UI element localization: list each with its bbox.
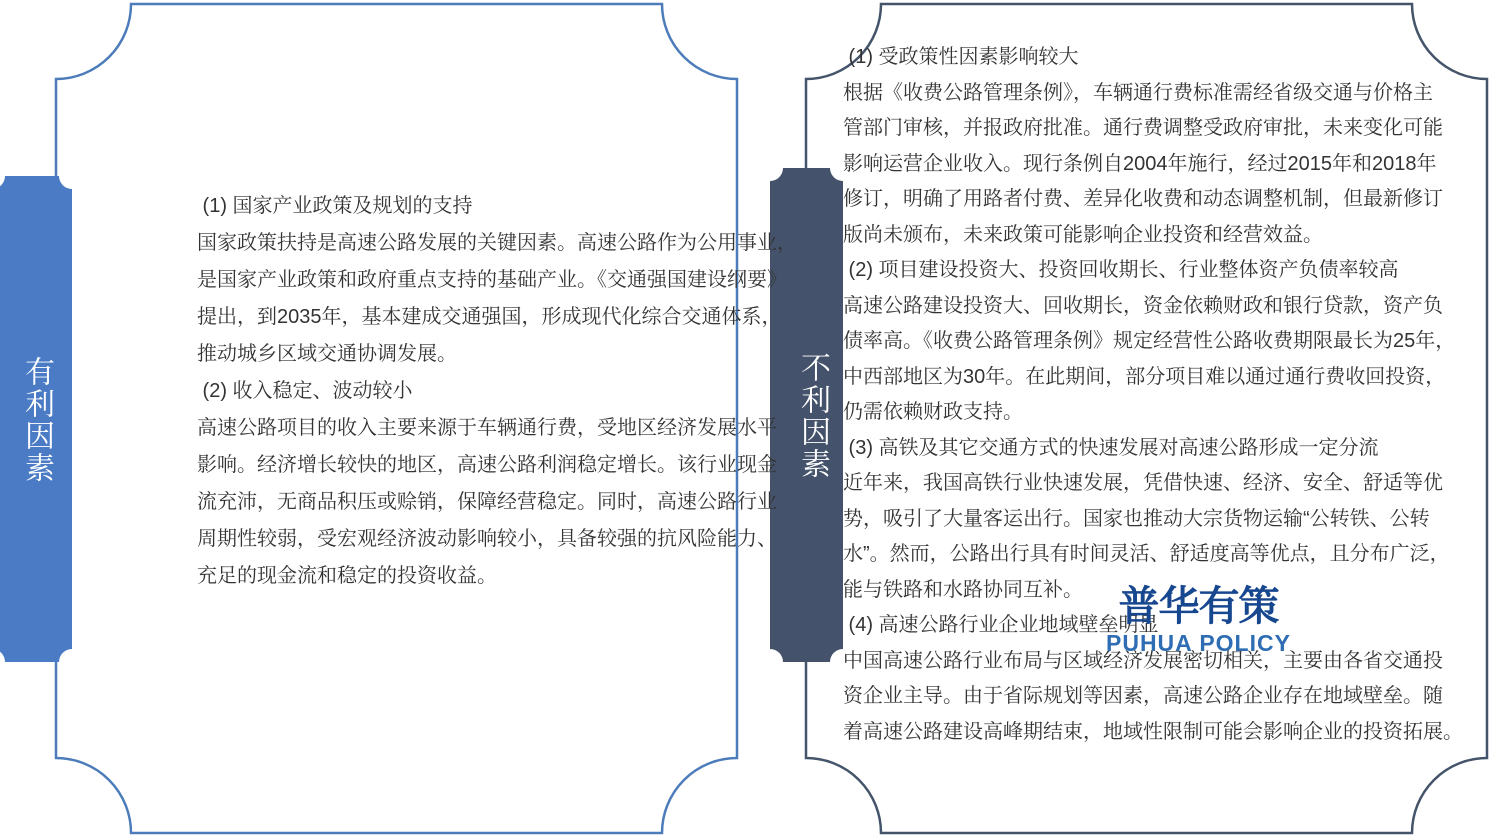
text-line: (2) 收入稳定、波动较小 — [197, 373, 742, 410]
logo-english-wordmark: PUHUA POLICY — [1106, 632, 1291, 655]
favorable-factors-tab-label: 有利因素 — [14, 356, 58, 484]
text-line: 资企业主导。由于省际规划等因素，高速公路企业存在地域壁垒。随 — [843, 679, 1491, 715]
text-line: 高速公路建设投资大、回收期长，资金依赖财政和银行贷款，资产负 — [843, 289, 1491, 325]
text-line: 势，吸引了大量客运出行。国家也推动大宗货物运输“公转铁、公转 — [843, 502, 1491, 538]
text-line: (1) 受政策性因素影响较大 — [843, 40, 1491, 76]
text-line: 高速公路项目的收入主要来源于车辆通行费，受地区经济发展水平 — [197, 410, 742, 447]
text-line: 流充沛，无商品积压或赊销，保障经营稳定。同时，高速公路行业 — [197, 484, 742, 521]
text-line: 影响运营企业收入。现行条例自2004年施行，经过2015年和2018年 — [843, 147, 1491, 183]
text-line: 推动城乡区域交通协调发展。 — [197, 336, 742, 373]
text-line: (3) 高铁及其它交通方式的快速发展对高速公路形成一定分流 — [843, 431, 1491, 467]
text-line: 仍需依赖财政支持。 — [843, 395, 1491, 431]
text-line: 债率高。《收费公路管理条例》规定经营性公路收费期限最长为25年， — [843, 324, 1491, 360]
text-line: 提出，到2035年，基本建成交通强国，形成现代化综合交通体系， — [197, 299, 742, 336]
infographic-page: { "left_panel": { "tab_label": "有利因素", "… — [0, 0, 1500, 837]
logo-chinese-wordmark: 普华有策 — [1106, 586, 1291, 627]
text-line: 水”。然而，公路出行具有时间灵活、舒适度高等优点，且分布广泛， — [843, 537, 1491, 573]
text-line: (1) 国家产业政策及规划的支持 — [197, 188, 742, 225]
text-line: 管部门审核，并报政府批准。通行费调整受政府审批，未来变化可能 — [843, 111, 1491, 147]
text-line: 根据《收费公路管理条例》，车辆通行费标准需经省级交通与价格主 — [843, 76, 1491, 112]
text-line: 着高速公路建设高峰期结束，地域性限制可能会影响企业的投资拓展。 — [843, 715, 1491, 751]
text-line: 国家政策扶持是高速公路发展的关键因素。高速公路作为公用事业， — [197, 225, 742, 262]
text-line: 周期性较弱，受宏观经济波动影响较小，具备较强的抗风险能力、 — [197, 521, 742, 558]
unfavorable-factors-tab-label: 不利因素 — [790, 352, 834, 480]
puhua-policy-logo: 普华有策 PUHUA POLICY — [1106, 586, 1291, 655]
text-line: 修订，明确了用路者付费、差异化收费和动态调整机制，但最新修订 — [843, 182, 1491, 218]
text-line: 版尚未颁布，未来政策可能影响企业投资和经营效益。 — [843, 218, 1491, 254]
text-line: 充足的现金流和稳定的投资收益。 — [197, 558, 742, 595]
text-line: 是国家产业政策和政府重点支持的基础产业。《交通强国建设纲要》 — [197, 262, 742, 299]
text-line: 中西部地区为30年。在此期间，部分项目难以通过通行费收回投资， — [843, 360, 1491, 396]
favorable-factors-text: (1) 国家产业政策及规划的支持 国家政策扶持是高速公路发展的关键因素。高速公路… — [197, 188, 742, 595]
text-line: (2) 项目建设投资大、投资回收期长、行业整体资产负债率较高 — [843, 253, 1491, 289]
text-line: 近年来，我国高铁行业快速发展，凭借快速、经济、安全、舒适等优 — [843, 466, 1491, 502]
text-line: 影响。经济增长较快的地区，高速公路利润稳定增长。该行业现金 — [197, 447, 742, 484]
